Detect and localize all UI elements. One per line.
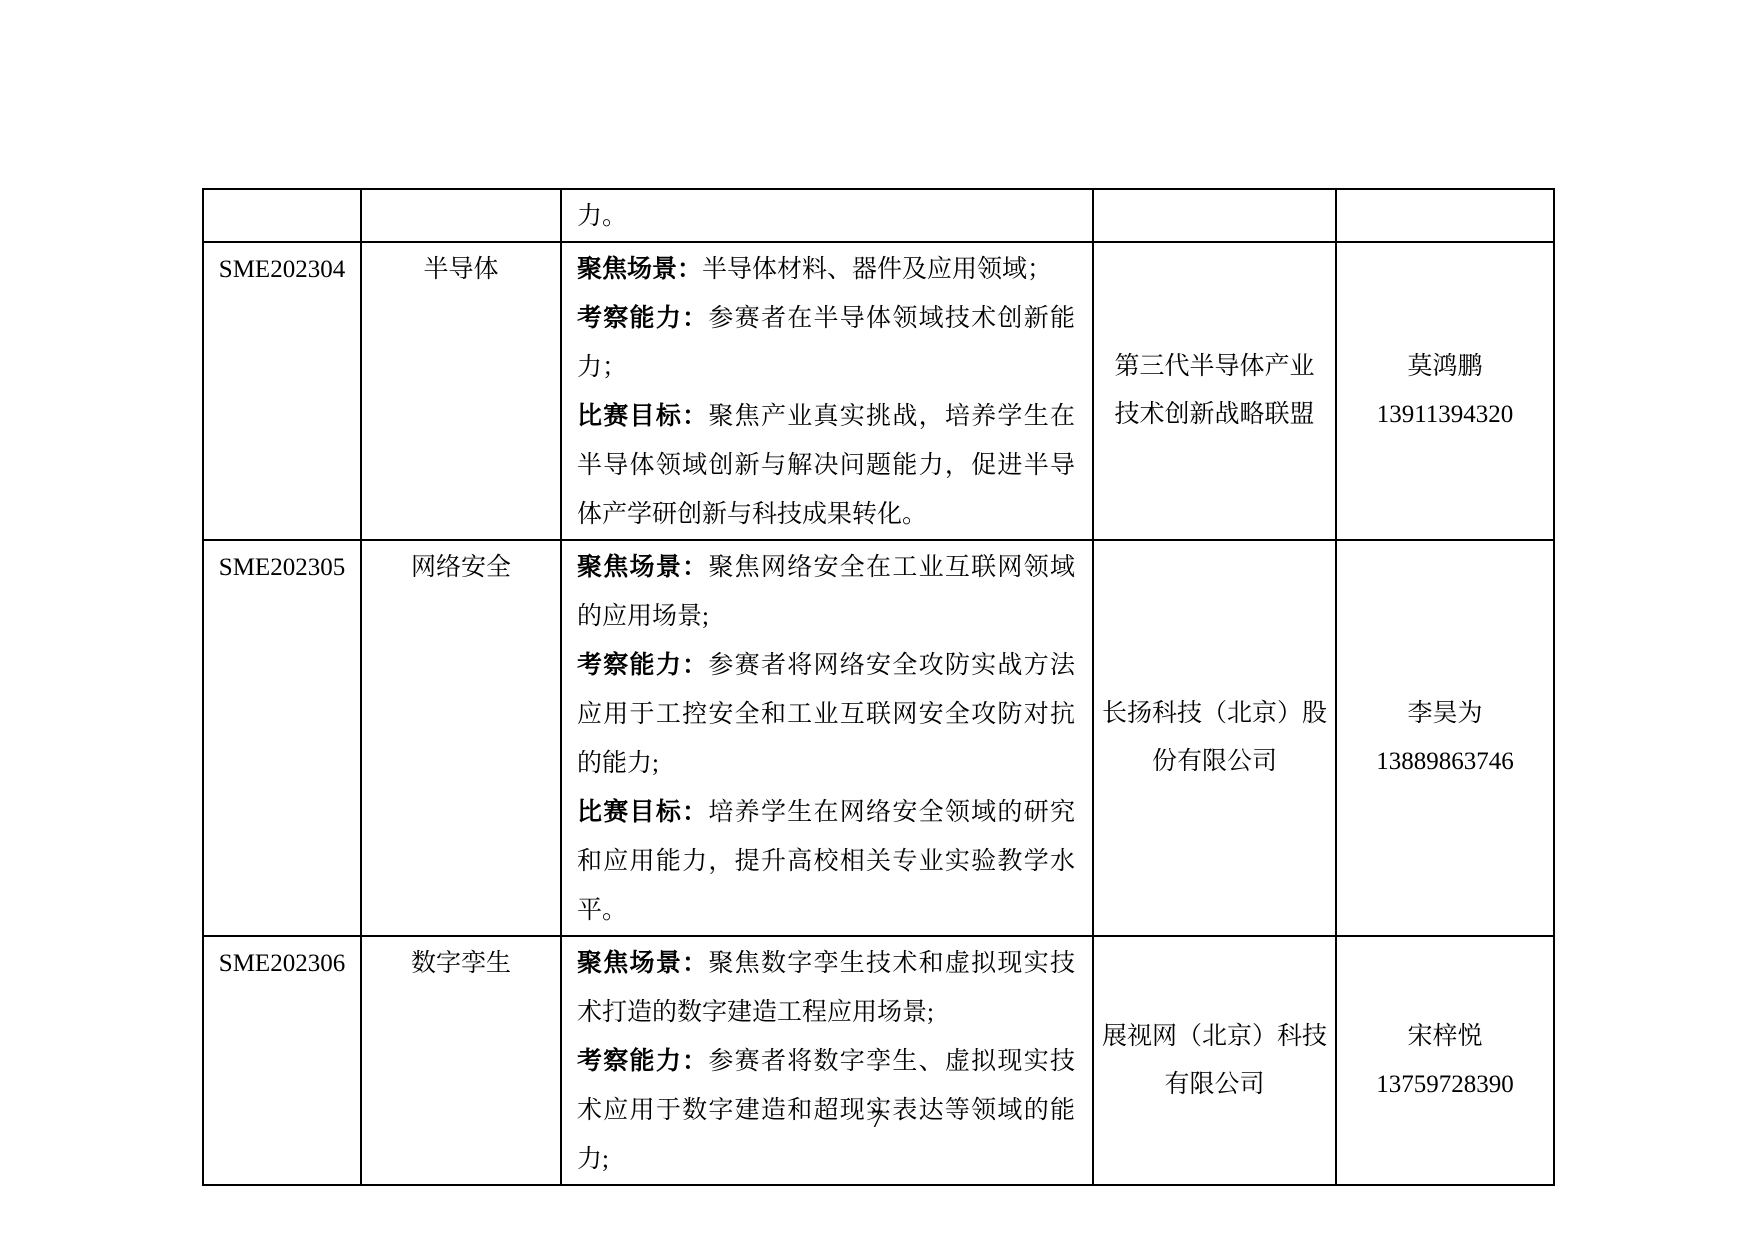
table-row-continuation: 力。: [203, 189, 1554, 242]
organization-cell: 展视网（北京）科技 有限公司: [1093, 936, 1336, 1185]
empty-cell: [1336, 189, 1554, 242]
description-section: 比赛目标：培养学生在网络安全领域的研究和应用能力，提升高校相关专业实验教学水平。: [577, 788, 1075, 935]
description-cell: 力。: [561, 189, 1093, 242]
empty-cell: [361, 189, 561, 242]
section-label: 聚焦场景：: [577, 256, 702, 283]
section-label: 考察能力：: [577, 305, 708, 332]
competition-topic-cell: 网络安全: [361, 540, 561, 936]
contact-phone: 13889863746: [1337, 738, 1553, 786]
description-cell: 聚焦场景：聚焦数字孪生技术和虚拟现实技术打造的数字建造工程应用场景; 考察能力：…: [561, 936, 1093, 1185]
description-section: 考察能力：参赛者在半导体领域技术创新能力；: [577, 294, 1075, 392]
section-label: 考察能力：: [577, 652, 708, 679]
contact-name: 莫鸿鹏: [1337, 343, 1553, 391]
contact-name: 李昊为: [1337, 690, 1553, 738]
section-text: 半导体材料、器件及应用领域；: [702, 256, 1052, 283]
organization-line: 技术创新战略联盟: [1094, 391, 1335, 439]
section-label: 比赛目标：: [577, 799, 708, 826]
empty-cell: [203, 189, 361, 242]
description-continuation-text: 力。: [577, 192, 1075, 241]
contact-cell: 宋梓悦 13759728390: [1336, 936, 1554, 1185]
competition-topic: 网络安全: [362, 543, 560, 592]
table-row: SME202304 半导体 聚焦场景：半导体材料、器件及应用领域； 考察能力：参…: [203, 242, 1554, 540]
contact-cell: 李昊为 13889863746: [1336, 540, 1554, 936]
organization-line: 展视网（北京）科技: [1094, 1013, 1335, 1061]
organization-line: 有限公司: [1094, 1061, 1335, 1109]
description-cell: 聚焦场景：聚焦网络安全在工业互联网领域的应用场景; 考察能力：参赛者将网络安全攻…: [561, 540, 1093, 936]
competition-topic-cell: 数字孪生: [361, 936, 561, 1185]
competition-id: SME202306: [204, 939, 360, 988]
competition-topic: 数字孪生: [362, 939, 560, 988]
competition-topic: 半导体: [362, 245, 560, 294]
section-label: 比赛目标：: [577, 403, 708, 430]
competition-id-cell: SME202304: [203, 242, 361, 540]
empty-cell: [1093, 189, 1336, 242]
description-section: 考察能力：参赛者将网络安全攻防实战方法应用于工控安全和工业互联网安全攻防对抗的能…: [577, 641, 1075, 788]
organization-line: 长扬科技（北京）股: [1094, 690, 1335, 738]
table-row: SME202305 网络安全 聚焦场景：聚焦网络安全在工业互联网领域的应用场景;…: [203, 540, 1554, 936]
competition-id-cell: SME202306: [203, 936, 361, 1185]
competition-table: 力。 SME202304 半导体 聚焦场景：半导体材料、器件及应用领域； 考察能…: [202, 188, 1555, 1186]
table-row: SME202306 数字孪生 聚焦场景：聚焦数字孪生技术和虚拟现实技术打造的数字…: [203, 936, 1554, 1185]
contact-cell: 莫鸿鹏 13911394320: [1336, 242, 1554, 540]
description-section: 比赛目标：聚焦产业真实挑战，培养学生在半导体领域创新与解决问题能力，促进半导体产…: [577, 392, 1075, 539]
description-cell: 聚焦场景：半导体材料、器件及应用领域； 考察能力：参赛者在半导体领域技术创新能力…: [561, 242, 1093, 540]
contact-phone: 13759728390: [1337, 1061, 1553, 1109]
competition-id-cell: SME202305: [203, 540, 361, 936]
description-section: 聚焦场景：半导体材料、器件及应用领域；: [577, 245, 1075, 294]
competition-topic-cell: 半导体: [361, 242, 561, 540]
page-number: 7: [0, 1105, 1754, 1135]
organization-line: 第三代半导体产业: [1094, 343, 1335, 391]
organization-line: 份有限公司: [1094, 738, 1335, 786]
competition-id: SME202305: [204, 543, 360, 592]
document-page: 力。 SME202304 半导体 聚焦场景：半导体材料、器件及应用领域； 考察能…: [0, 0, 1754, 1241]
competition-id: SME202304: [204, 245, 360, 294]
section-label: 考察能力：: [577, 1048, 708, 1075]
description-section: 聚焦场景：聚焦网络安全在工业互联网领域的应用场景;: [577, 543, 1075, 641]
contact-name: 宋梓悦: [1337, 1013, 1553, 1061]
contact-phone: 13911394320: [1337, 391, 1553, 439]
organization-cell: 第三代半导体产业 技术创新战略联盟: [1093, 242, 1336, 540]
section-label: 聚焦场景：: [577, 554, 708, 581]
section-label: 聚焦场景：: [577, 950, 708, 977]
organization-cell: 长扬科技（北京）股 份有限公司: [1093, 540, 1336, 936]
description-section: 聚焦场景：聚焦数字孪生技术和虚拟现实技术打造的数字建造工程应用场景;: [577, 939, 1075, 1037]
